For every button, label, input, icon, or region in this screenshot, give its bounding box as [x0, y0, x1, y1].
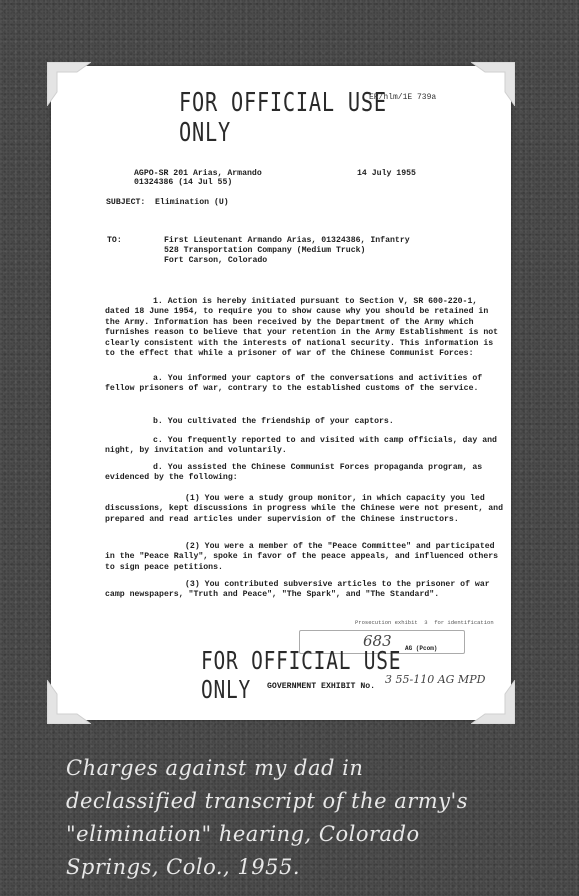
exhibit-line: Prosecution exhibit 3 for identification	[355, 618, 494, 628]
charge-c: c. You frequently reported to and visite…	[105, 436, 503, 457]
reference-code: ER/hlm/1E 739a	[369, 93, 436, 102]
subcharge-label: (3)	[105, 580, 200, 589]
exhibit-handwritten: 3 55-110 AG MPD	[385, 673, 485, 686]
document-page: FOR OFFICIAL USE ONLY ER/hlm/1E 739a AGP…	[51, 66, 511, 720]
charge-label: b.	[105, 417, 163, 426]
charge-d: d. You assisted the Chinese Communist Fo…	[105, 463, 503, 484]
recipient-line: First Lieutenant Armando Arias, 01324386…	[164, 236, 410, 246]
letter-date: 14 July 1955	[357, 169, 416, 179]
paragraph-1: 1. Action is hereby initiated pursuant t…	[105, 297, 503, 359]
photo-corner-icon	[47, 680, 91, 724]
subcharge-1: (1) You were a study group monitor, in w…	[105, 494, 503, 525]
photo-corner-icon	[471, 62, 515, 106]
recipient-line: 528 Transportation Company (Medium Truck…	[164, 246, 365, 256]
charge-text: You frequently reported to and visited w…	[105, 436, 497, 455]
file-reference-2: 01324386 (14 Jul 55)	[134, 178, 232, 188]
subject-label: SUBJECT:	[106, 198, 145, 208]
charge-label: c.	[105, 436, 163, 445]
government-exhibit: GOVERNMENT EXHIBIT No.	[267, 682, 375, 692]
to-label: TO:	[107, 236, 122, 246]
subcharge-3: (3) You contributed subversive articles …	[105, 580, 503, 601]
recipient-line: Fort Carson, Colorado	[164, 256, 267, 266]
charge-b: b. You cultivated the friendship of your…	[105, 417, 503, 427]
subcharge-label: (1)	[105, 494, 200, 503]
charge-a: a. You informed your captors of the conv…	[105, 374, 503, 395]
charge-label: d.	[105, 463, 163, 472]
photo-corner-icon	[471, 680, 515, 724]
charge-text: You cultivated the friendship of your ca…	[168, 417, 394, 426]
charge-label: a.	[105, 374, 163, 383]
subject-value: Elimination (U)	[155, 198, 229, 208]
subcharge-label: (2)	[105, 542, 200, 551]
photo-caption: Charges against my dad in declassified t…	[66, 752, 486, 884]
subcharge-2: (2) You were a member of the "Peace Comm…	[105, 542, 503, 573]
photo-corner-icon	[47, 62, 91, 106]
